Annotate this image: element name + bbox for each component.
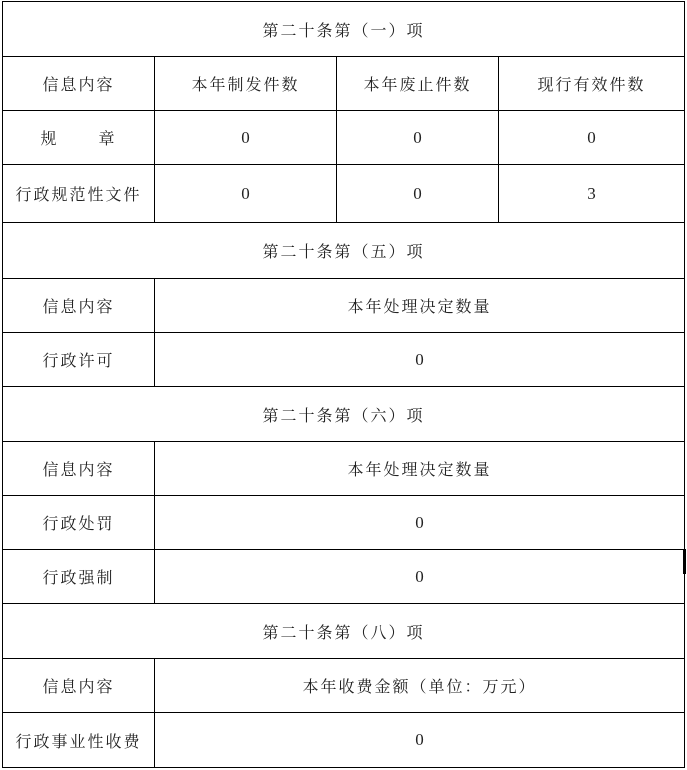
value-cell: 0 [337,111,499,165]
header-cell: 信息内容 [3,442,155,496]
value-cell: 0 [155,496,685,550]
section-title-row: 第二十条第（五）项 [3,223,685,279]
header-row: 信息内容 本年处理决定数量 [3,279,685,333]
header-cell: 本年制发件数 [155,57,337,111]
section-title-row: 第二十条第（八）项 [3,604,685,659]
header-cell: 信息内容 [3,659,155,713]
table-row: 行政许可 0 [3,333,685,387]
header-cell: 本年废止件数 [337,57,499,111]
section-title: 第二十条第（五）项 [3,223,685,279]
value-cell: 0 [155,713,685,768]
header-cell: 信息内容 [3,57,155,111]
section-title: 第二十条第（一）项 [3,2,685,57]
header-cell: 信息内容 [3,279,155,333]
header-cell: 本年收费金额（单位：万元） [155,659,685,713]
row-label: 行政许可 [3,333,155,387]
row-label: 行政强制 [3,550,155,604]
value-cell: 0 [155,550,685,604]
value-cell: 0 [155,333,685,387]
header-row: 信息内容 本年处理决定数量 [3,442,685,496]
row-label-part: 章 [99,129,117,148]
text-cursor-mark [683,549,686,574]
header-row: 信息内容 本年制发件数 本年废止件数 现行有效件数 [3,57,685,111]
disclosure-table: 第二十条第（一）项 信息内容 本年制发件数 本年废止件数 现行有效件数 规章 0… [2,1,685,768]
section-title-row: 第二十条第（六）项 [3,387,685,442]
row-label: 行政处罚 [3,496,155,550]
header-cell: 现行有效件数 [499,57,685,111]
row-label: 行政规范性文件 [3,165,155,223]
table-row: 行政规范性文件 0 0 3 [3,165,685,223]
row-label: 规章 [3,111,155,165]
header-cell: 本年处理决定数量 [155,279,685,333]
table-row: 规章 0 0 0 [3,111,685,165]
header-cell: 本年处理决定数量 [155,442,685,496]
table-row: 行政处罚 0 [3,496,685,550]
value-cell: 0 [155,111,337,165]
value-cell: 0 [337,165,499,223]
value-cell: 3 [499,165,685,223]
table-row: 行政事业性收费 0 [3,713,685,768]
value-cell: 0 [155,165,337,223]
section-title: 第二十条第（八）项 [3,604,685,659]
section-title-row: 第二十条第（一）项 [3,2,685,57]
section-title: 第二十条第（六）项 [3,387,685,442]
value-cell: 0 [499,111,685,165]
header-row: 信息内容 本年收费金额（单位：万元） [3,659,685,713]
row-label-part: 规 [40,129,58,148]
table-row: 行政强制 0 [3,550,685,604]
row-label: 行政事业性收费 [3,713,155,768]
